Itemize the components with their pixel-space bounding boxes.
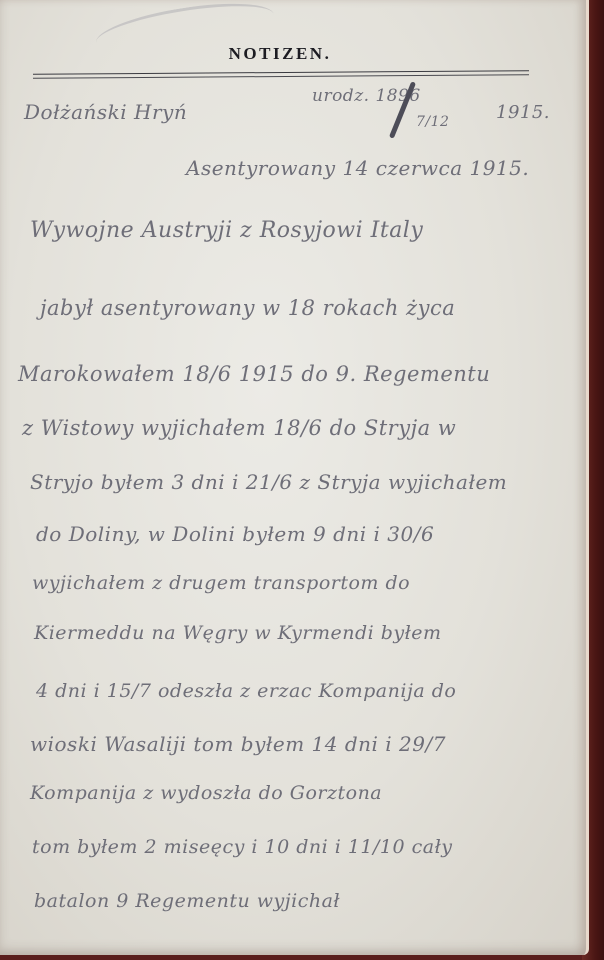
date-fraction: 7/12 <box>416 114 449 130</box>
notebook-page: NOTIZEN. Dołżański Hryń urodz. 1896 7/12… <box>0 0 589 955</box>
text-line: Kompanija z wydoszła do Gorztona <box>30 782 382 804</box>
author-name: Dołżański Hryń <box>24 100 187 124</box>
text-line: tom byłem 2 miseęcy i 10 dni i 11/10 cał… <box>32 836 452 858</box>
text-line: batalon 9 Regementu wyjichał <box>34 890 340 912</box>
text-line: wyjichałem z drugem transportom do <box>32 572 410 594</box>
page-heading: NOTIZEN. <box>0 44 560 64</box>
text-line: Marokowałem 18/6 1915 do 9. Regementu <box>18 362 490 386</box>
heading-rule-double <box>33 74 529 78</box>
text-line: 4 dni i 15/7 odeszła z erzac Kompanija d… <box>36 680 456 702</box>
date-year: 1915. <box>496 102 550 123</box>
text-line: wioski Wasaliji tom byłem 14 dni i 29/7 <box>30 732 446 756</box>
conscription-date: Asentyrowany 14 czerwca 1915. <box>186 156 529 180</box>
text-line: Kiermeddu na Węgry w Kyrmendi byłem <box>34 622 442 644</box>
text-line: jabył asentyrowany w 18 rokach życa <box>40 296 455 320</box>
text-line: Wywojne Austryji z Rosyjowi Italy <box>30 218 423 243</box>
text-line: do Doliny, w Dolini byłem 9 dni i 30/6 <box>36 522 434 546</box>
text-line: Stryjo byłem 3 dni i 21/6 z Stryja wyjic… <box>30 470 507 494</box>
text-line: z Wistowy wyjichałem 18/6 do Stryja w <box>22 416 456 440</box>
